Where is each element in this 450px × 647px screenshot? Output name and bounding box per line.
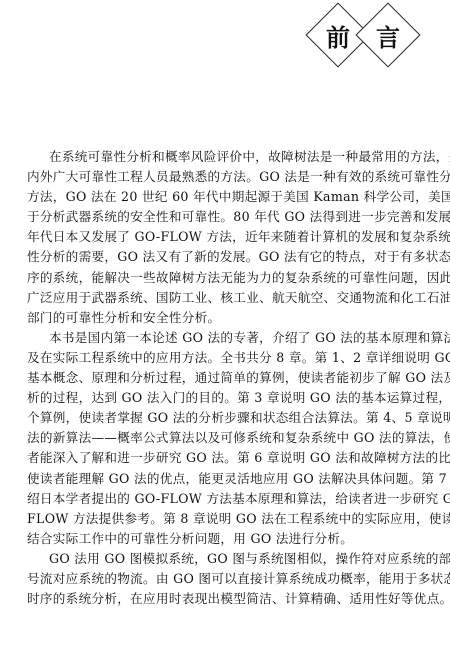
text-line: 结合实际工作中的可靠性分析问题，用 GO 法进行分析。 (27, 529, 421, 549)
text-line: 及在实际工程系统中的应用方法。全书共分 8 章。第 1、2 章详细说明 GO 法… (27, 348, 421, 368)
text-line: 时序的系统分析，在应用时表现出模型简洁、计算精确、适用性好等优点。但是 (27, 589, 421, 609)
text-line: 部门的可靠性分析和安全性分析。 (27, 308, 421, 328)
text-line: 广泛应用于武器系统、国防工业、核工业、航天航空、交通物流和化工石油等工业 (27, 288, 421, 308)
text-line: 本书是国内第一本论述 GO 法的专著，介绍了 GO 法的基本原理和算法以 (27, 328, 421, 348)
text-line: GO 法用 GO 图模拟系统，GO 图与系统图相似，操作符对应系统的部件，信 (27, 549, 421, 569)
text-line: 个算例，使读者掌握 GO 法的分析步骤和状态组合法算法。第 4、5 章说明 GO (27, 408, 421, 428)
text-line: FLOW 方法提供参考。第 8 章说明 GO 法在工程系统中的实际应用，使读者能 (27, 509, 421, 529)
text-line: 使读者能理解 GO 法的优点，能更灵活地应用 GO 法解决具体问题。第 7 章介 (27, 469, 421, 489)
preface-body: 在系统可靠性分析和概率风险评价中，故障树法是一种最常用的方法，是国 内外广大可靠… (27, 147, 421, 609)
text-line: 号流对应系统的物流。由 GO 图可以直接计算系统成功概率，能用于多状态、有 (27, 569, 421, 589)
text-line: 方法，GO 法在 20 世纪 60 年代中期起源于美国 Kaman 科学公司，美… (27, 187, 421, 207)
text-line: 绍日本学者提出的 GO-FLOW 方法基本原理和算法，给读者进一步研究 GO- (27, 489, 421, 509)
text-line: 性分析的需要，GO 法又有了新的发展。GO 法有它的特点，对于有多状态、有时 (27, 247, 421, 267)
text-line: 析的过程，达到 GO 法入门的目的。第 3 章说明 GO 法的基本运算过程，通过… (27, 388, 421, 408)
text-line: 基本概念、原理和分析过程，通过简单的算例，使读者能初步了解 GO 法及其分 (27, 368, 421, 388)
heading-char: 前 (318, 18, 358, 53)
preface-heading: 前 言 (309, 8, 425, 70)
text-line: 年代日本又发展了 GO-FLOW 方法，近年来随着计算机的发展和复杂系统安全 (27, 227, 421, 247)
text-line: 序的系统，能解决一些故障树方法无能为力的复杂系统的可靠性问题，因此可以 (27, 268, 421, 288)
text-line: 法的新算法——概率公式算法以及可修系统和复杂系统中 GO 法的算法，使读 (27, 428, 421, 448)
text-line: 者能深入了解和进一步研究 GO 法。第 6 章说明 GO 法和故障树方法的比较， (27, 448, 421, 468)
text-line: 内外广大可靠性工程人员最熟悉的方法。GO 法是一种有效的系统可靠性分析 (27, 167, 421, 187)
text-line: 在系统可靠性分析和概率风险评价中，故障树法是一种最常用的方法，是国 (27, 147, 421, 167)
heading-char: 言 (368, 18, 408, 53)
text-line: 于分析武器系统的安全性和可靠性。80 年代 GO 法得到进一步完善和发展，90 (27, 207, 421, 227)
